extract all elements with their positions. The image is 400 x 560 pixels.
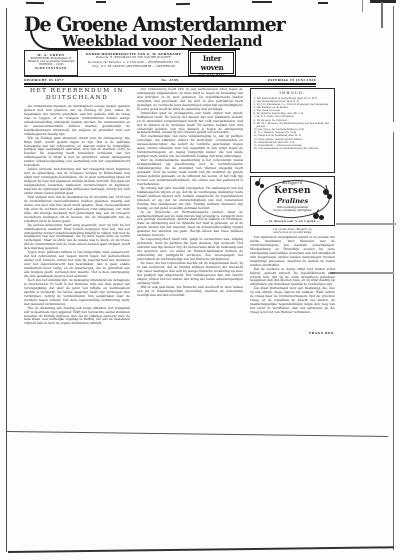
body-paragraph: Zoo staat Duitschland voor een beslissin… (250, 287, 335, 315)
editorial-box-line: Uitg.: N.V. DE GROENE AMSTERDAMMER — AMS… (81, 65, 186, 70)
body-paragraph: In de Beiersche en Wurtembergsche landen… (137, 211, 243, 239)
ringers-product-line2: Pralines (251, 197, 334, 205)
body-paragraph: Iedere serieuze beschouwing van het vraa… (24, 168, 130, 196)
scan-artifact (370, 0, 396, 3)
body-column-1: Na Duitschland kwamen de voorstanders ee… (24, 105, 130, 338)
dateline-rule-thin (24, 86, 316, 87)
newspaper-scan-page: De Groene Amsterdammer Weekblad voor Ned… (0, 0, 400, 560)
body-paragraph: De lezer, die het referendum slechts uit… (137, 262, 243, 286)
dateline-date: ZATERDAG 19 JUNI 1926 (268, 78, 316, 82)
scan-artifact (96, 1, 106, 3)
article-signature: FRANS KES. (250, 331, 335, 335)
ringers-subline: in luxe verpakking verkrijgbaar (251, 209, 334, 212)
inhoud-list: 1. Het Referendum in Duitschland, door D… (254, 97, 332, 151)
ringers-product-line1: Kersen (251, 186, 334, 196)
scan-artifact (330, 272, 394, 274)
scan-artifact (318, 2, 328, 4)
editorial-box-line: Redactie: H. BEGGMANS EN TOP VAN RHIJN-N… (81, 56, 186, 61)
scan-artifact (176, 3, 190, 5)
scan-artifact (252, 1, 272, 3)
scan-bottom-frame (8, 546, 394, 553)
body-column-2: Von Hindenburg heeft zich in een particu… (137, 88, 243, 338)
body-paragraph: Een bijzondere moeilijkheid schuilt in d… (250, 236, 335, 268)
scan-artifact (26, 2, 44, 4)
body-paragraph: Hoe de stemming van Zondag ook moge uitv… (24, 307, 130, 327)
scan-artifact (336, 223, 396, 225)
body-paragraph: Toch zou het onbillijk zijn, de beweging… (24, 279, 130, 307)
inhoud-box: INHOUD: 1. Het Referendum in Duitschland… (250, 88, 335, 173)
inhoud-item: 16. Correspondentie en mededeelingen der… (254, 147, 332, 150)
scan-artifact (362, 0, 363, 12)
body-paragraph: Men vergete niet, dat de deelstaten na d… (24, 196, 130, 224)
editorial-box: ONDER HOOFDREDACTIE VAN G. W. KERNKAMPRe… (81, 50, 186, 76)
body-column-3: Een bijzondere moeilijkheid schuilt in d… (250, 236, 335, 336)
scan-artifact (381, 2, 383, 28)
socks-ad-box: Inter woven TOE AND HEEL Socks (188, 50, 236, 76)
body-paragraph: De sociaal-democratie heeft lang geaarze… (24, 224, 130, 252)
body-paragraph: Von Hindenburg heeft zich in een particu… (137, 88, 243, 112)
body-paragraph: Dat de rechters in dezen strijd niet bui… (250, 268, 335, 288)
cherries-icon (319, 215, 324, 220)
scan-right-edge (393, 132, 394, 550)
body-paragraph: Voor de buitenlandsche waarneming is het… (137, 159, 243, 187)
article-headline: HET REFERENDUM IN DUITSCHLAND (24, 88, 130, 102)
cherries-icon (260, 184, 264, 188)
socks-ad-inner-border: Inter woven TOE AND HEEL Socks (190, 52, 234, 74)
socks-ad-brand: Inter woven (191, 54, 233, 72)
body-paragraph: Wie op Zondag gaat stemmen, stemt voor d… (24, 137, 130, 169)
body-paragraph: Intusschen gaat de propaganda aan beide … (137, 112, 243, 136)
ringers-pralines-ad: Ringers Kersen Pralines Tentoonstellings… (250, 176, 335, 226)
inhoud-heading: INHOUD: (254, 91, 332, 95)
dateline: OPGERICHT IN 1877 No. 2559 ZATERDAG 19 J… (24, 78, 316, 83)
body-paragraph: Na Duitschland kwamen de voorstanders ee… (24, 105, 130, 137)
headline-line-1: HET REFERENDUM IN (24, 88, 130, 95)
body-paragraph: De regeering-Marx heeft zich, gelijk te … (137, 238, 243, 262)
dateline-rule-thick (24, 83, 316, 85)
cherries-icon (327, 194, 332, 199)
masthead-swash-ornament (30, 30, 66, 50)
publisher-box-line: SCHEVENINGEN (26, 67, 76, 70)
publisher-box: W. A. UREENKUNSTHANDEL Frederiksplein 12… (24, 50, 78, 76)
page-bottom-edge (7, 431, 388, 437)
body-paragraph: Wat er ook geschiede, het Duitsche volk … (137, 286, 243, 298)
scan-left-edge (6, 8, 7, 552)
ad-caption: iedere doos en op ieder stukje (250, 231, 335, 234)
scan-right-edge (393, 6, 394, 122)
ringers-subline: — in doozen van ½ en 1 pond — (251, 220, 334, 223)
body-paragraph: De uitslag laat zich moeilijk voorspelle… (137, 187, 243, 211)
body-paragraph: Het merkwaardige van deze volksbeweging … (137, 135, 243, 159)
headline-line-2: DUITSCHLAND (24, 95, 130, 102)
body-paragraph: Tegen deze politieke taktiek is van burg… (24, 251, 130, 279)
